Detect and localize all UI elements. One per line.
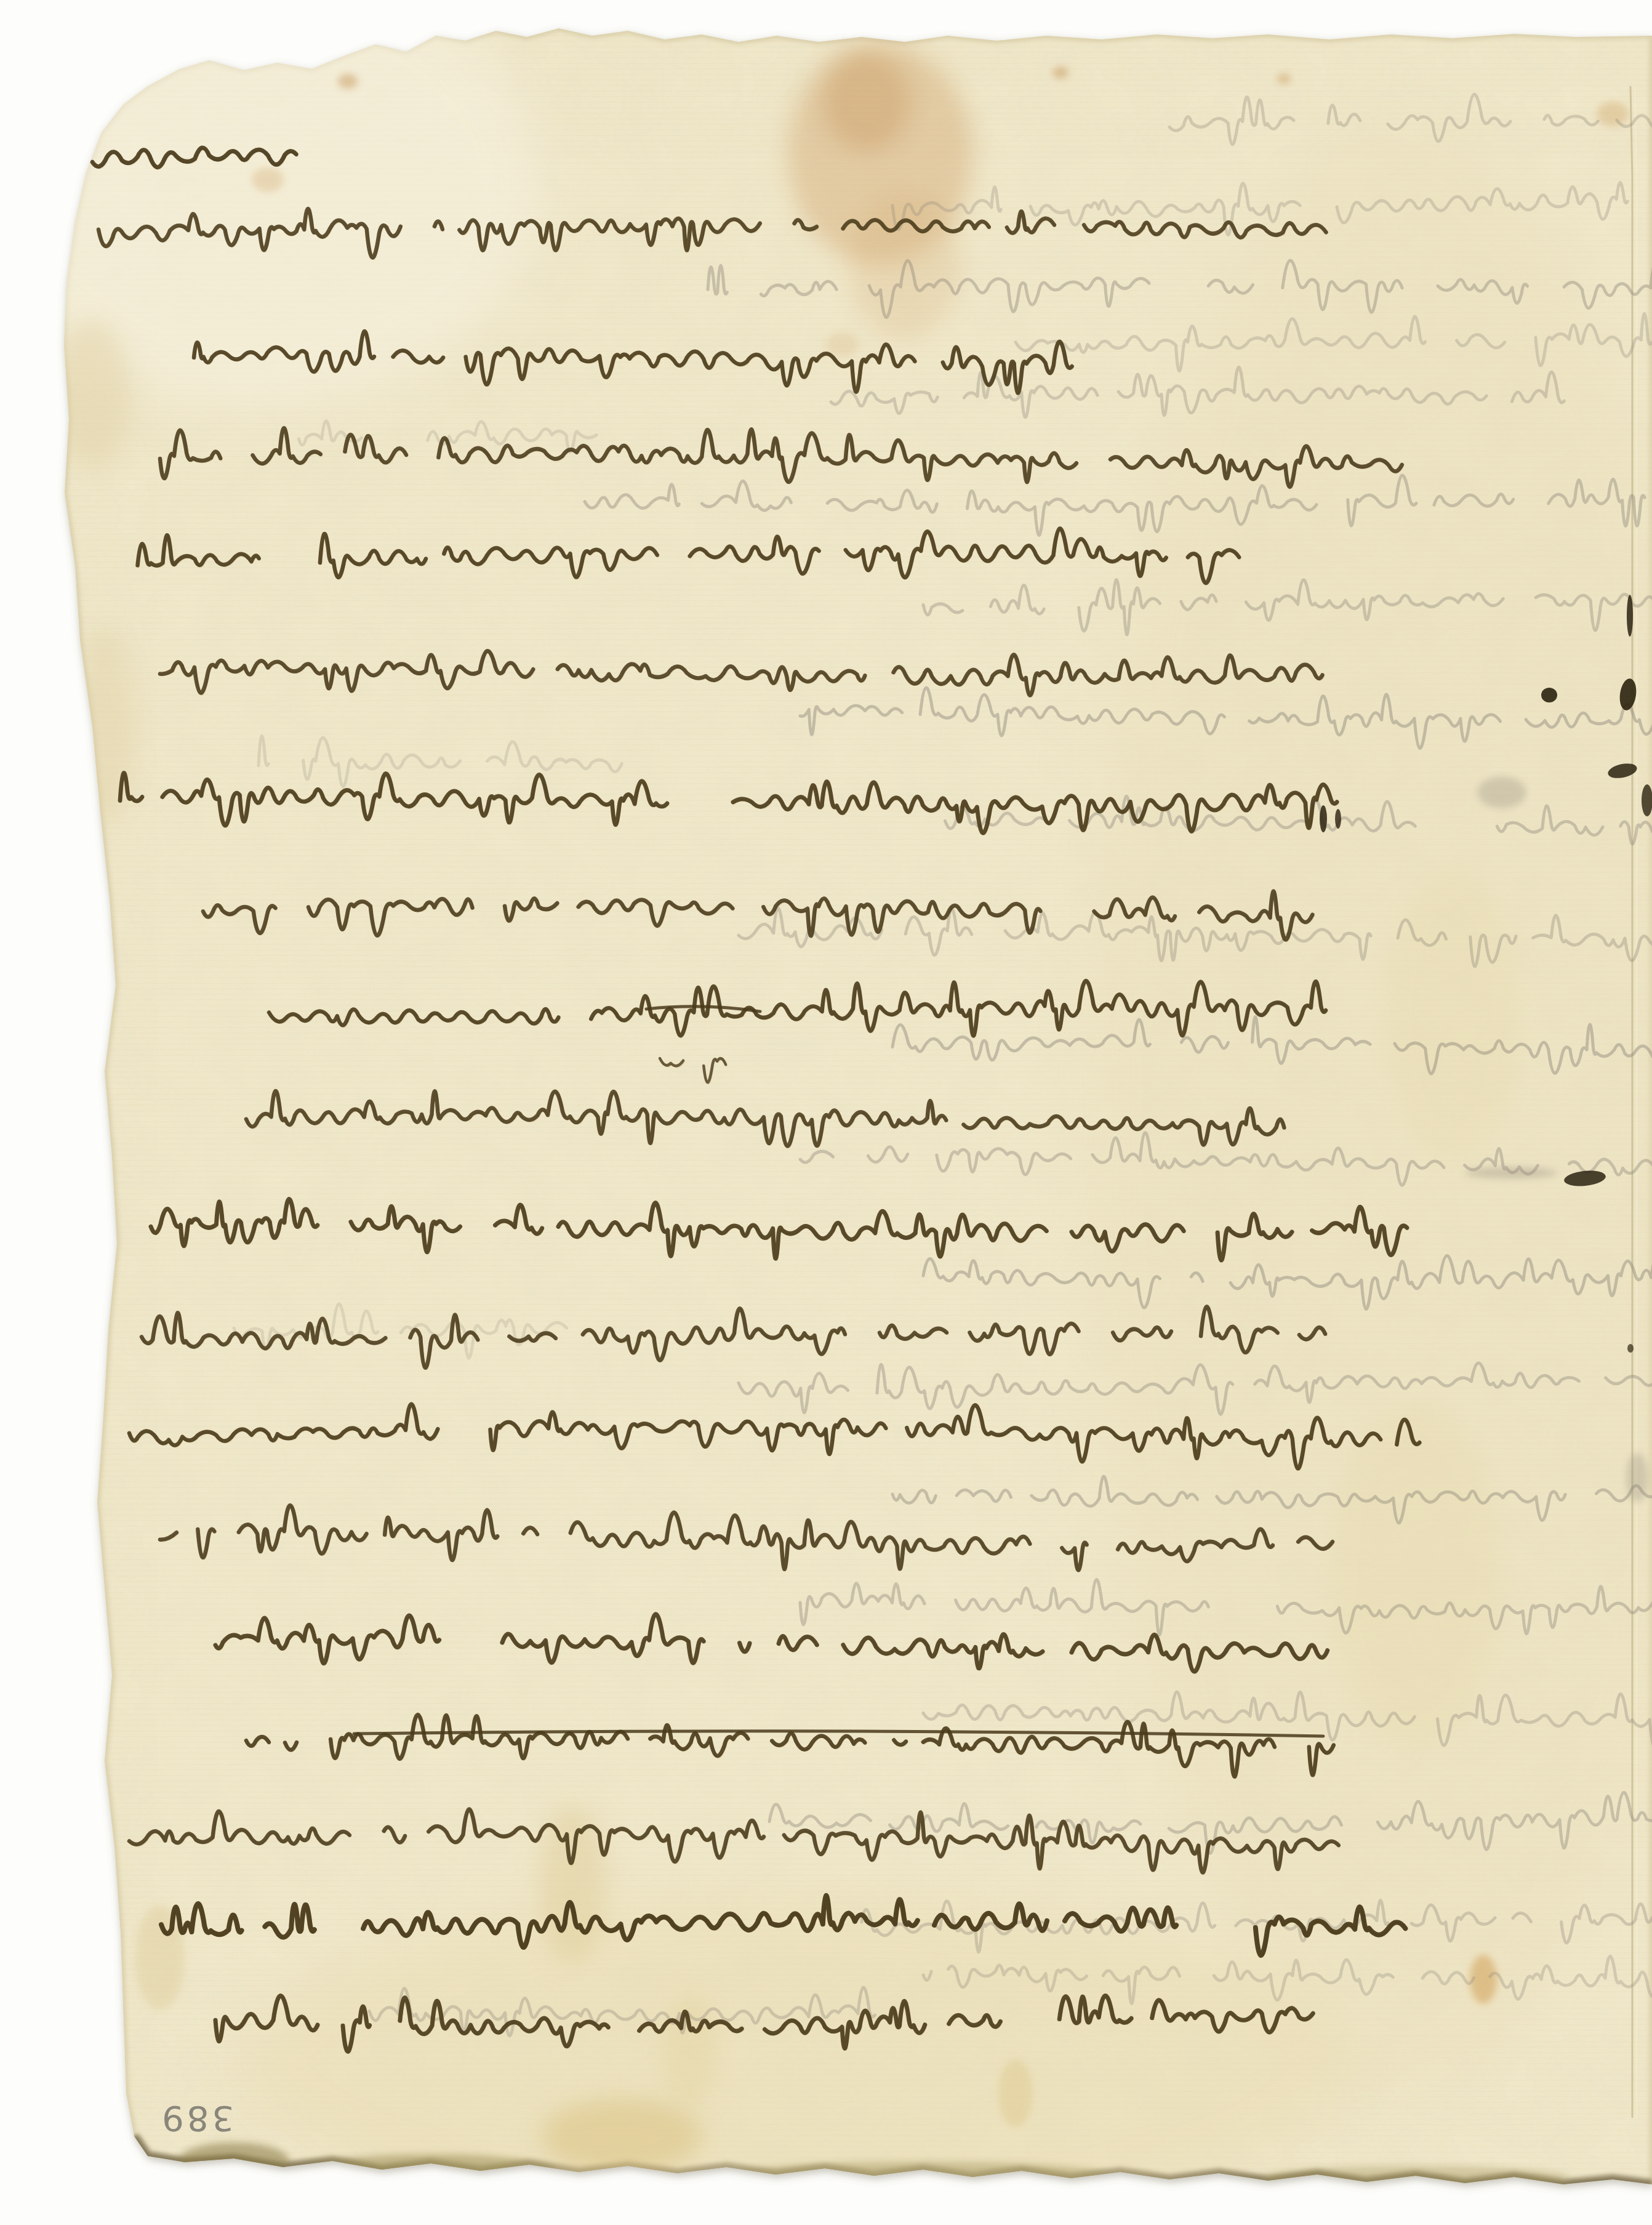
manuscript-page: 389 bbox=[0, 0, 1652, 2225]
folio-number: 389 bbox=[159, 2098, 234, 2138]
scanner-bed: 389 bbox=[0, 0, 1652, 2225]
